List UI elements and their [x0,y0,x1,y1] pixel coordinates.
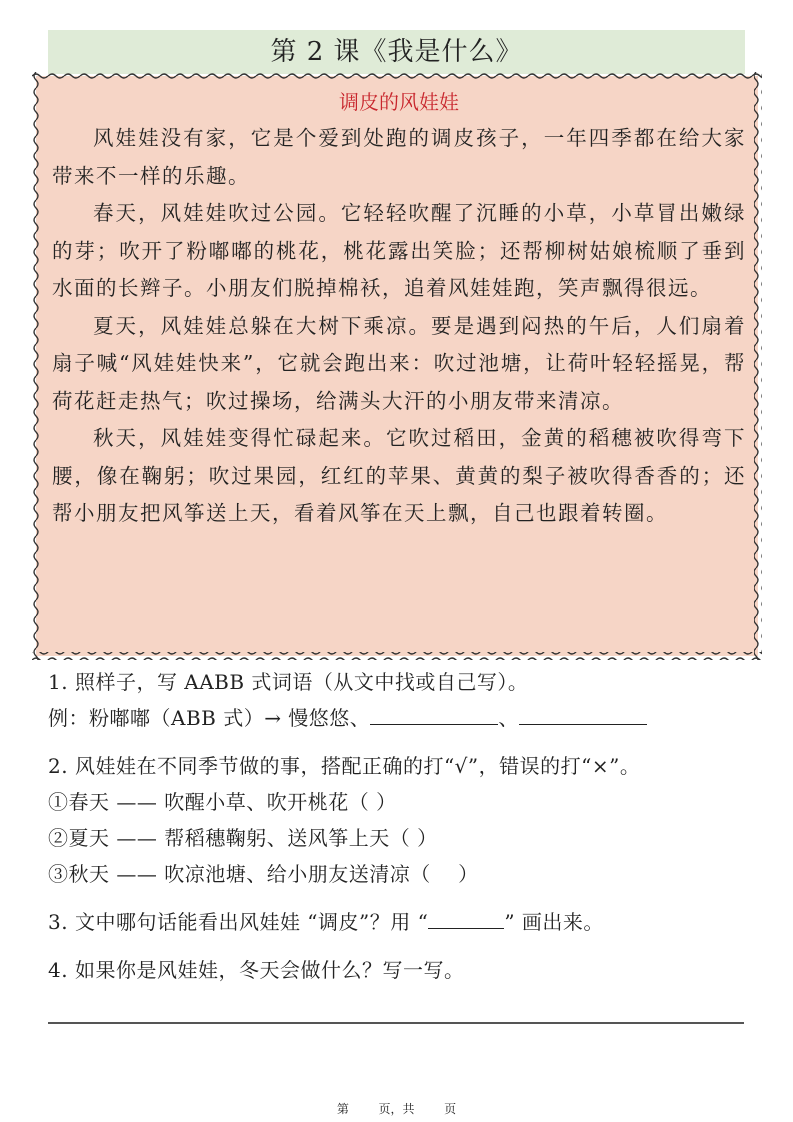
story-paragraph: 春天，风娃娃吹过公园。它轻轻吹醒了沉睡的小草，小草冒出嫩绿的芽；吹开了粉嘟嘟的桃… [52,195,746,308]
question-4: 4. 如果你是风娃娃，冬天会做什么？写一写。 [48,952,758,988]
answer-blank-1[interactable] [370,704,498,725]
footer-page-middle: 页，共 [378,1102,414,1116]
lesson-title: 第 2 课《我是什么》 [270,37,522,67]
question-2-item-3[interactable]: ③秋天 —— 吹凉池塘、给小朋友送清凉（ ） [48,856,758,892]
story-paragraph: 风娃娃没有家，它是个爱到处跑的调皮孩子，一年四季都在给大家带来不一样的乐趣。 [52,120,746,195]
question-3-text: 3. 文中哪句话能看出风娃娃 “调皮”？用 “ [48,910,428,934]
underline-sample [428,908,504,929]
question-3: 3. 文中哪句话能看出风娃娃 “调皮”？用 “” 画出来。 [48,904,758,940]
question-1-example: 例：粉嘟嘟（ABB 式）→ 慢悠悠、、 [48,700,758,736]
question-2: 2. 风娃娃在不同季节做的事，搭配正确的打“√”，错误的打“×”。 [48,748,758,784]
answer-writing-line[interactable] [48,1022,744,1024]
story-box: 调皮的风娃娃 风娃娃没有家，它是个爱到处跑的调皮孩子，一年四季都在给大家带来不一… [32,72,762,660]
lesson-title-bar: 第 2 课《我是什么》 [48,30,745,74]
footer-page-suffix: 页 [444,1102,456,1116]
page-footer: 第 页，共 页 [0,1100,793,1117]
story-paragraph: 秋天，风娃娃变得忙碌起来。它吹过稻田，金黄的稻穗被吹得弯下腰，像在鞠躬；吹过果园… [52,420,746,533]
story-paragraph: 夏天，风娃娃总躲在大树下乘凉。要是遇到闷热的午后，人们扇着扇子喊“风娃娃快来”，… [52,308,746,421]
story-title: 调皮的风娃娃 [52,86,746,118]
separator: 、 [498,706,519,730]
story-content: 调皮的风娃娃 风娃娃没有家，它是个爱到处跑的调皮孩子，一年四季都在给大家带来不一… [52,86,746,533]
question-1: 1. 照样子，写 AABB 式词语（从文中找或自己写）。 [48,664,758,700]
answer-blank-2[interactable] [519,704,647,725]
question-1-example-text: 例：粉嘟嘟（ABB 式）→ 慢悠悠、 [48,706,370,730]
question-2-item-2[interactable]: ②夏天 —— 帮稻穗鞠躬、送风筝上天（ ） [48,820,758,856]
question-3-text-end: ” 画出来。 [504,910,604,934]
footer-page-prefix: 第 [337,1102,349,1116]
question-2-item-1[interactable]: ①春天 —— 吹醒小草、吹开桃花（ ） [48,784,758,820]
questions-section: 1. 照样子，写 AABB 式词语（从文中找或自己写）。 例：粉嘟嘟（ABB 式… [48,664,758,988]
